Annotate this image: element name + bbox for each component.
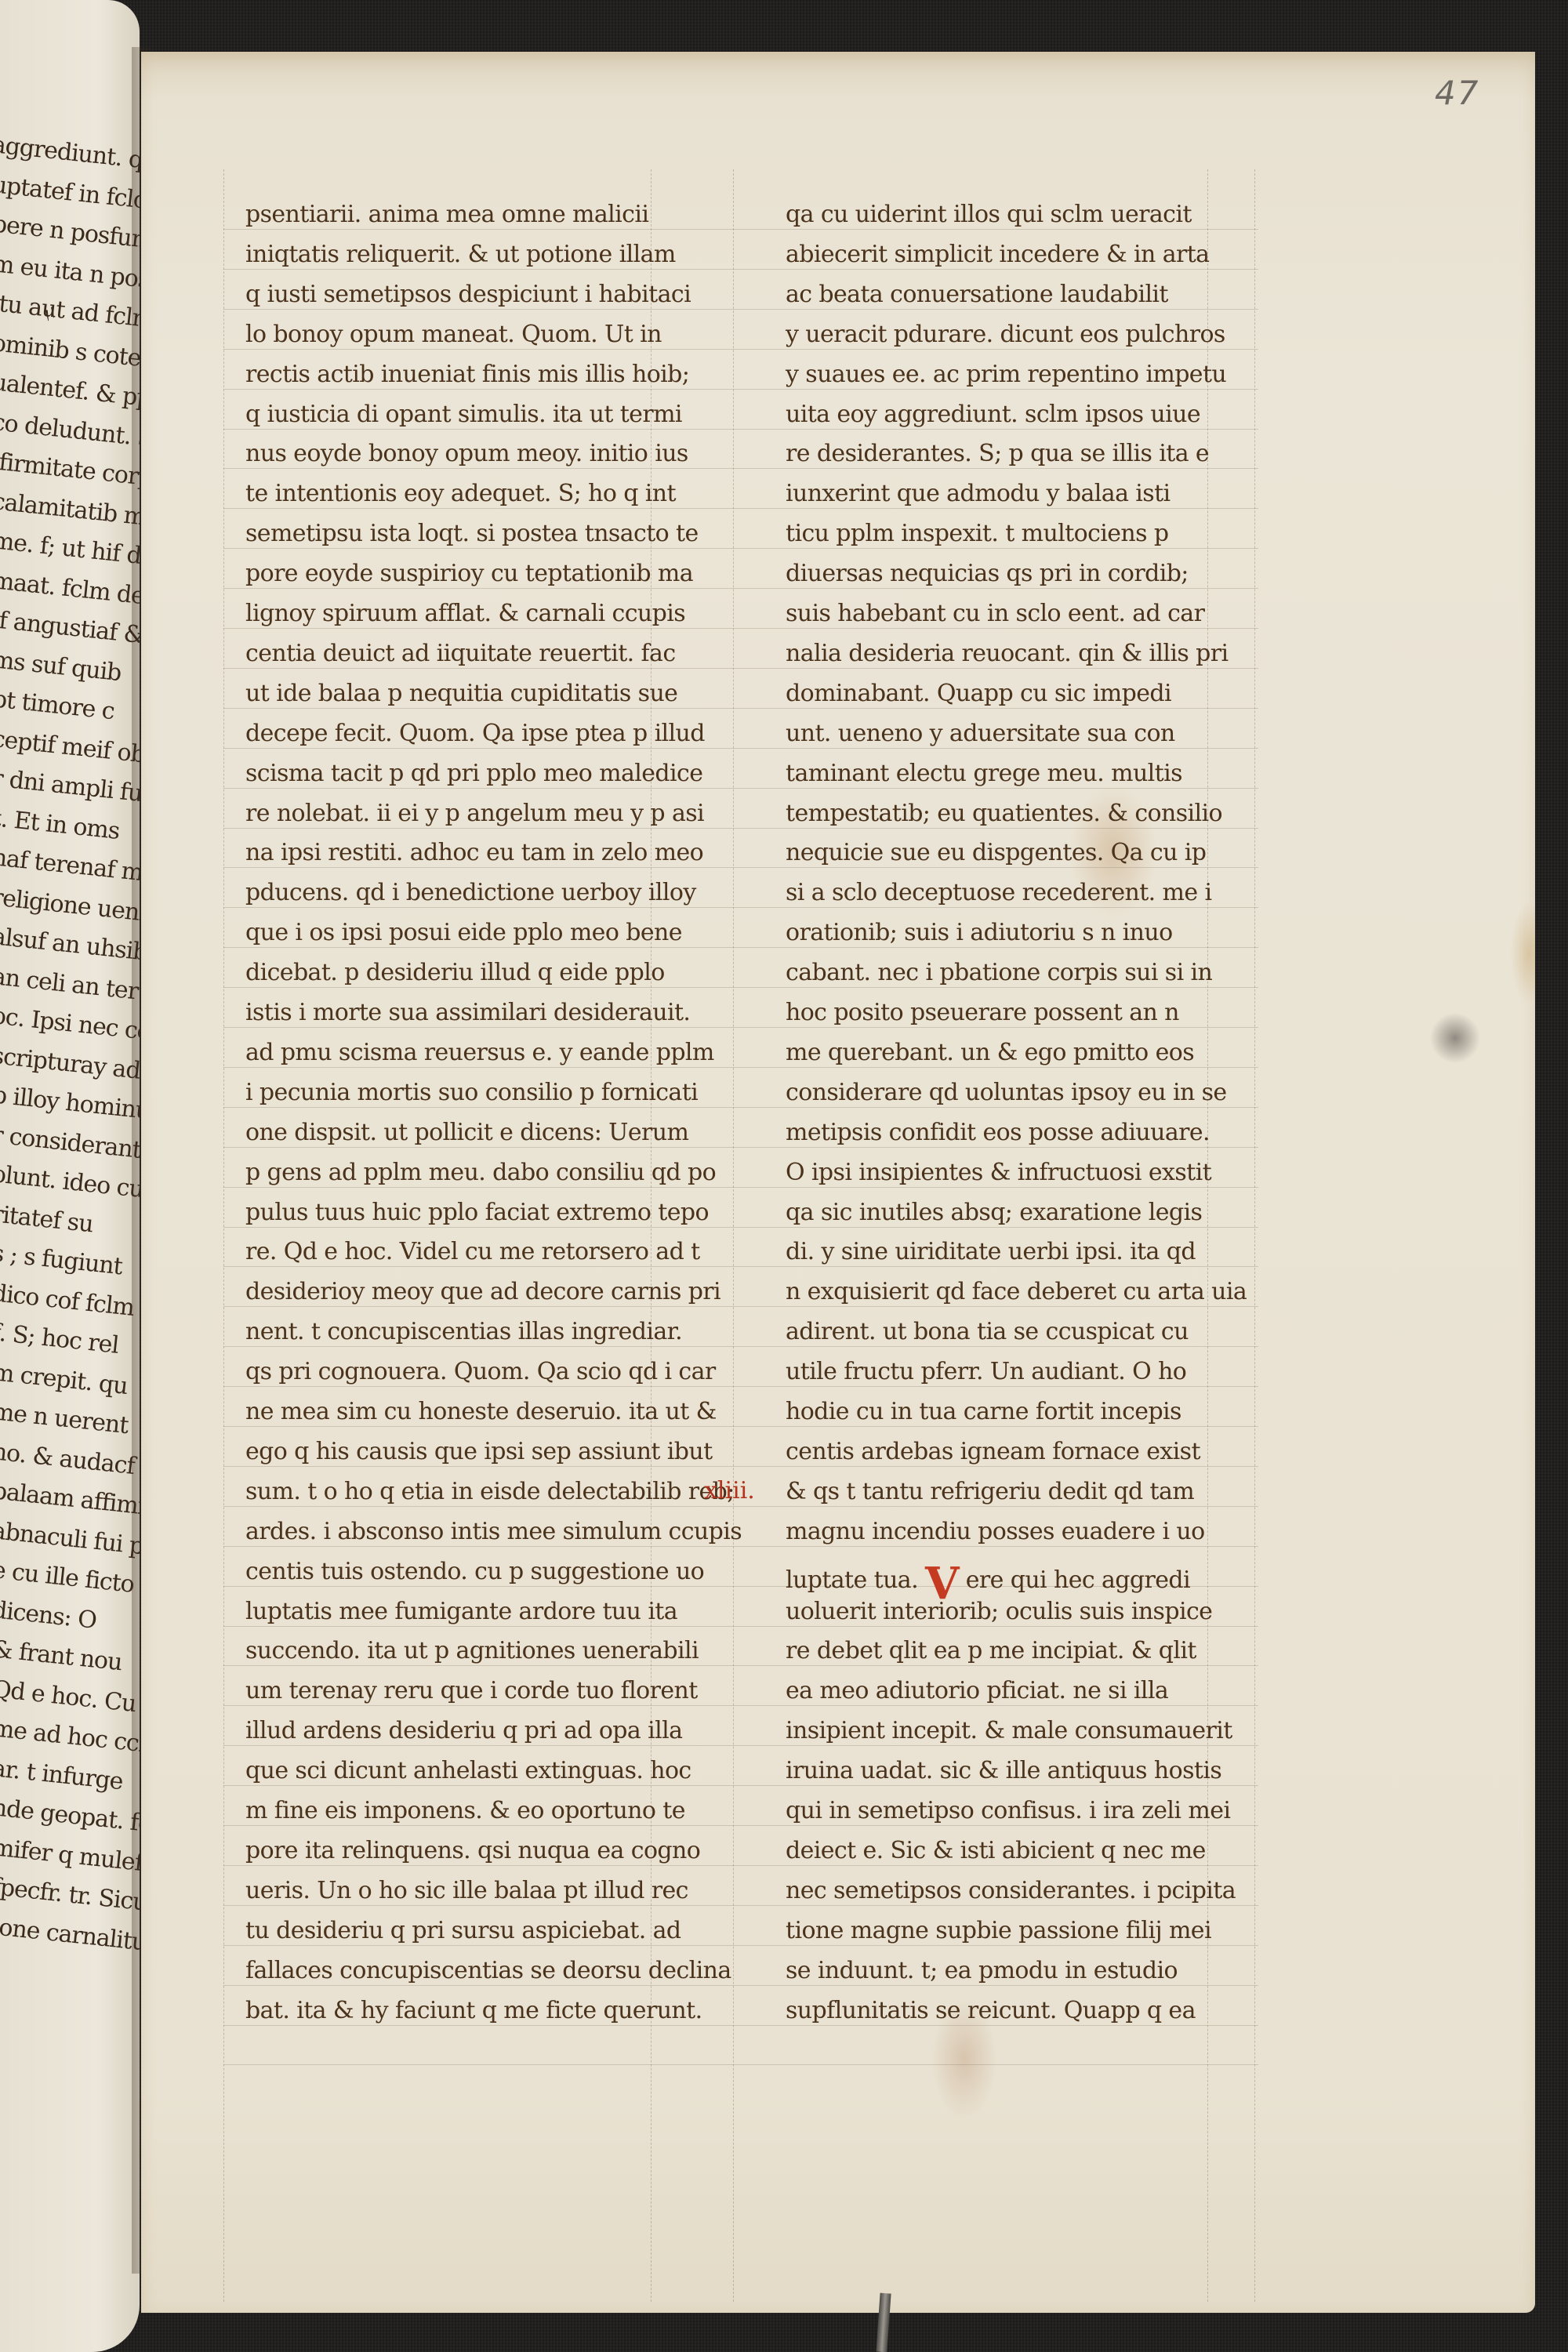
ruling-line (223, 1825, 1258, 1826)
manuscript-line: metipsis confidit eos posse adiuuare. (786, 1119, 1287, 1146)
manuscript-line: dicebat. p desideriu illud q eide pplo (245, 959, 747, 986)
ruling-line (223, 1346, 1258, 1347)
ruling-line (223, 788, 1258, 789)
manuscript-line: na ipsi restiti. adhoc eu tam in zelo me… (245, 839, 747, 866)
manuscript-line: O ipsi insipientes & infructuosi exstit (786, 1159, 1287, 1186)
manuscript-line: & qs t tantu refrigeriu dedit qd tam (786, 1478, 1287, 1505)
manuscript-line: psentiarii. anima mea omne malicii (245, 201, 747, 228)
manuscript-line: semetipsu ista loqt. si postea tnsacto t… (245, 520, 747, 547)
manuscript-line: centia deuict ad iiquitate reuertit. fac (245, 640, 747, 667)
manuscript-line: y ueracit pdurare. dicunt eos pulchros (786, 321, 1287, 348)
ruling-line (223, 588, 1258, 589)
ruling-line (223, 1426, 1258, 1427)
ruling-line (223, 1785, 1258, 1786)
manuscript-line: uita eoy aggrediunt. sclm ipsos uiue (786, 401, 1287, 428)
ruling-line (223, 748, 1258, 749)
manuscript-line: dominabant. Quapp cu sic impedi (786, 680, 1287, 707)
ruling-line (223, 1905, 1258, 1906)
manuscript-line: qui in semetipso confisus. i ira zeli me… (786, 1797, 1287, 1824)
manuscript-line: re debet qlit ea p me incipiat. & qlit (786, 1637, 1287, 1664)
manuscript-line: p gens ad pplm meu. dabo consiliu qd po (245, 1159, 747, 1186)
manuscript-line: illud ardens desideriu q pri ad opa illa (245, 1717, 747, 1744)
manuscript-line: sum. t o ho q etia in eisde delectabilib… (245, 1478, 747, 1505)
ruling-line (223, 2064, 1258, 2065)
manuscript-line: one dispsit. ut pollicit e dicens: Uerum (245, 1119, 747, 1146)
manuscript-line: ueris. Un o ho sic ille balaa pt illud r… (245, 1877, 747, 1904)
ruling-line (223, 169, 224, 2302)
manuscript-line: hoc posito pseuerare possent an n (786, 999, 1287, 1026)
ruling-line (223, 1626, 1258, 1627)
manuscript-line: lo bonoy opum maneat. Quom. Ut in (245, 321, 747, 348)
manuscript-line: nus eoyde bonoy opum meoy. initio ius (245, 440, 747, 467)
ruling-line (223, 1745, 1258, 1746)
manuscript-line: qs pri cognouera. Quom. Qa scio qd i car (245, 1358, 747, 1385)
ruling-line (223, 1227, 1258, 1228)
manuscript-line: desiderioy meoy que ad decore carnis pri (245, 1278, 747, 1305)
manuscript-line: y suaues ee. ac prim repentino impetu (786, 361, 1287, 388)
manuscript-line: ardes. i absconso intis mee simulum ccup… (245, 1518, 747, 1545)
manuscript-line: lignoy spiruum afflat. & carnali ccupis (245, 600, 747, 627)
ruling-line (223, 269, 1258, 270)
ruling-line (223, 1466, 1258, 1467)
manuscript-line: nec semetipsos considerantes. i pcipita (786, 1877, 1287, 1904)
manuscript-line: pulus tuus huic pplo faciat extremo tepo (245, 1199, 747, 1226)
manuscript-line: deiect e. Sic & isti abicient q nec me (786, 1837, 1287, 1864)
manuscript-text: ere qui hec aggredi (959, 1566, 1190, 1594)
manuscript-line: ego q his causis que ipsi sep assiunt ib… (245, 1438, 747, 1465)
manuscript-line: unt. ueneno y aduersitate sua con (786, 720, 1287, 747)
ruling-line (223, 1107, 1258, 1108)
manuscript-line: ticu pplm inspexit. t multociens p (786, 520, 1287, 547)
manuscript-line: n exquisierit qd face deberet cu arta ui… (786, 1278, 1287, 1305)
manuscript-line: luptatis mee fumigante ardore tuu ita (245, 1598, 747, 1625)
ruling-line (223, 947, 1258, 948)
manuscript-line: rectis actib inueniat finis mis illis ho… (245, 361, 747, 388)
manuscript-line: pducens. qd i benedictione uerboy illoy (245, 879, 747, 906)
manuscript-line: adirent. ut bona tia se ccuspicat cu (786, 1318, 1287, 1345)
manuscript-line: abiecerit simplicit incedere & in arta (786, 241, 1287, 268)
manuscript-line: supflunitatis se reicunt. Quapp q ea (786, 1997, 1287, 2024)
manuscript-line: pore ita relinquens. qsi nuqua ea cogno (245, 1837, 747, 1864)
manuscript-line: hodie cu in tua carne fortit incepis (786, 1398, 1287, 1425)
manuscript-line: di. y sine uiriditate uerbi ipsi. ita qd (786, 1238, 1287, 1265)
manuscript-line: re. Qd e hoc. Videl cu me retorsero ad t (245, 1238, 747, 1265)
manuscript-line: qa cu uiderint illos qui sclm ueracit (786, 201, 1287, 228)
manuscript-line: ne mea sim cu honeste deseruio. ita ut & (245, 1398, 747, 1425)
manuscript-line: ea meo adiutorio pficiat. ne si illa (786, 1677, 1287, 1704)
ruling-line (223, 1865, 1258, 1866)
manuscript-line: iruina uadat. sic & ille antiquus hostis (786, 1757, 1287, 1784)
manuscript-line: re nolebat. ii ei y p angelum meu y p as… (245, 800, 747, 827)
ruling-line (223, 828, 1258, 829)
manuscript-line: istis i morte sua assimilari desiderauit… (245, 999, 747, 1026)
manuscript-line: tempestatib; eu quatientes. & consilio (786, 800, 1287, 827)
manuscript-line: cabant. nec i pbatione corpis sui si in (786, 959, 1287, 986)
ruling-line (223, 1506, 1258, 1507)
manuscript-line: tu desideriu q pri sursu aspiciebat. ad (245, 1917, 747, 1944)
ruling-line (223, 1067, 1258, 1068)
manuscript-line: succendo. ita ut p agnitiones uenerabili (245, 1637, 747, 1664)
ruling-line (223, 1705, 1258, 1706)
manuscript-line: centis ardebas igneam fornace exist (786, 1438, 1287, 1465)
manuscript-line: si a sclo deceptuose recederent. me i (786, 879, 1287, 906)
manuscript-line: ut ide balaa p nequitia cupiditatis sue (245, 680, 747, 707)
manuscript-line: q iusti semetipsos despiciunt i habitaci (245, 281, 747, 308)
verso-text-fragments: aggrediunt. quiauptatef in fclo fufpere … (0, 125, 140, 1947)
manuscript-line: uoluerit interiorib; oculis suis inspice (786, 1598, 1287, 1625)
ruling-line (223, 628, 1258, 629)
manuscript-line: nalia desideria reuocant. qin & illis pr… (786, 640, 1287, 667)
manuscript-line: iunxerint que admodu y balaa isti (786, 480, 1287, 507)
manuscript-line: que i os ipsi posui eide pplo meo bene (245, 919, 747, 946)
manuscript-line: orationib; suis i adiutoriu s n inuo (786, 919, 1287, 946)
ruling-line (223, 1985, 1258, 1986)
manuscript-line: pore eoyde suspirioy cu teptationib ma (245, 560, 747, 587)
manuscript-line: tione magne supbie passione filij mei (786, 1917, 1287, 1944)
marginal-rubric-chapter-number: xliii. (704, 1477, 755, 1504)
manuscript-line: decepe fecit. Quom. Qa ipse ptea p illud (245, 720, 747, 747)
manuscript-line: considerare qd uoluntas ipsoy eu in se (786, 1079, 1287, 1106)
manuscript-line: m fine eis imponens. & eo oportuno te (245, 1797, 747, 1824)
ruling-line (223, 1546, 1258, 1547)
manuscript-line: taminant electu grege meu. multis (786, 760, 1287, 787)
manuscript-line: i pecunia mortis suo consilio p fornicat… (245, 1079, 747, 1106)
ruling-line (223, 1147, 1258, 1148)
manuscript-line: que sci dicunt anhelasti extinguas. hoc (245, 1757, 747, 1784)
ruling-line (223, 1266, 1258, 1267)
manuscript-line: se induunt. t; ea pmodu in estudio (786, 1957, 1287, 1984)
ruling-line (223, 668, 1258, 669)
manuscript-line: ac beata conuersatione laudabilit (786, 281, 1287, 308)
ruling-line (223, 309, 1258, 310)
recto-page: 47 psentiarii. anima mea omne maliciiini… (141, 52, 1535, 2313)
ruling-line (223, 229, 1258, 230)
ruling-line (223, 1306, 1258, 1307)
ruling-line (223, 987, 1258, 988)
manuscript-line: te intentionis eoy adequet. S; ho q int (245, 480, 747, 507)
manuscript-line: bat. ita & hy faciunt q me ficte querunt… (245, 1997, 747, 2024)
manuscript-line: me querebant. un & ego pmitto eos (786, 1039, 1287, 1066)
ruling-line (223, 1665, 1258, 1666)
manuscript-text: luptate tua. (786, 1566, 925, 1594)
manuscript-line: insipient incepit. & male consumauerit (786, 1717, 1287, 1744)
manuscript-line: qa sic inutiles absq; exaratione legis (786, 1199, 1287, 1226)
manuscript-line: centis tuis ostendo. cu p suggestione uo (245, 1558, 747, 1585)
ruling-line (223, 548, 1258, 549)
manuscript-line: nent. t concupiscentias illas ingrediar. (245, 1318, 747, 1345)
ruling-line (223, 389, 1258, 390)
manuscript-line: diuersas nequicias qs pri in cordib; (786, 560, 1287, 587)
ruling-line (223, 429, 1258, 430)
ruling-line (223, 508, 1258, 509)
ruling-line (223, 1945, 1258, 1946)
manuscript-line: magnu incendiu posses euadere i uo (786, 1518, 1287, 1545)
manuscript-line: iniqtatis reliquerit. & ut potione illam (245, 241, 747, 268)
manuscript-line: scisma tacit p qd pri pplo meo maledice (245, 760, 747, 787)
ruling-line (223, 907, 1258, 908)
ruling-line (223, 867, 1258, 868)
ruling-line (223, 708, 1258, 709)
manuscript-line: um terenay reru que i corde tuo florent (245, 1677, 747, 1704)
folio-number: 47 (1435, 74, 1479, 112)
manuscript-line: utile fructu pferr. Un audiant. O ho (786, 1358, 1287, 1385)
ruling-line (223, 349, 1258, 350)
verso-page-edge: aggrediunt. quiauptatef in fclo fufpere … (0, 0, 140, 2352)
manuscript-line: nequicie sue eu dispgentes. Qa cu ip (786, 839, 1287, 866)
manuscript-line: suis habebant cu in sclo eent. ad car (786, 600, 1287, 627)
manuscript-line: ad pmu scisma reuersus e. y eande pplm (245, 1039, 747, 1066)
ruling-line (223, 1027, 1258, 1028)
manuscript-line: re desiderantes. S; p qua se illis ita e (786, 440, 1287, 467)
manuscript-line: q iusticia di opant simulis. ita ut term… (245, 401, 747, 428)
ruling-line (223, 1386, 1258, 1387)
ruling-line (223, 468, 1258, 469)
manuscript-line: fallaces concupiscentias se deorsu decli… (245, 1957, 747, 1984)
ruling-line (223, 2025, 1258, 2026)
ruling-line (223, 1187, 1258, 1188)
